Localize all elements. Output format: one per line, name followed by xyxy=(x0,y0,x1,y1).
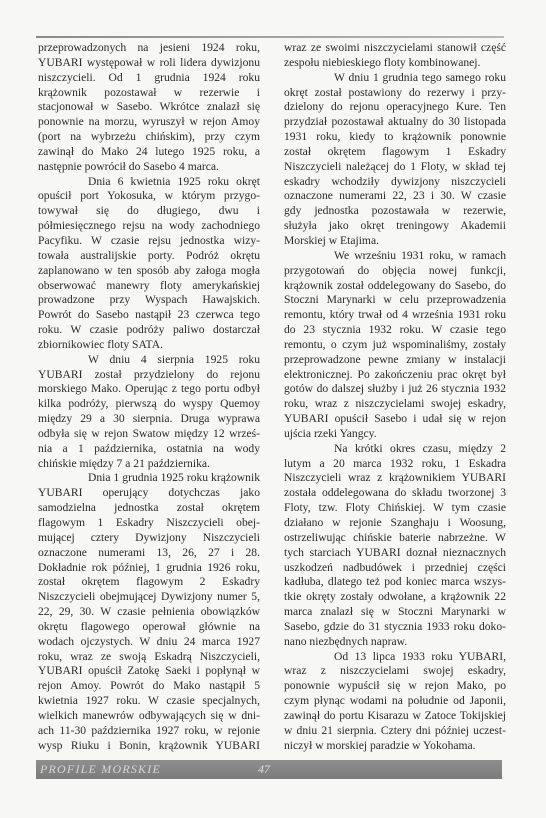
text-line: ponownie wypuścił się w rejon Mako, po xyxy=(284,679,506,694)
text-line: lutym a 20 marca 1932 roku, 1 Eskadra xyxy=(284,457,506,472)
text-line: (port na wybrzeżu chińskim), przy czym xyxy=(38,130,260,145)
text-line: marca znalazł się w Stoczni Marynarki w xyxy=(284,605,506,620)
text-line: krążownik został oddelegowany do Sasebo,… xyxy=(284,279,506,294)
magazine-title: PROFILE MORSKIE xyxy=(40,762,161,777)
text-line: YUBARI opuścił Zatokę Saeki i popłynął w xyxy=(38,664,260,679)
text-line: kadłuba, dlatego też pod koniec marca ws… xyxy=(284,575,506,590)
page-number: 47 xyxy=(258,762,270,777)
text-line: eskadry wchodziły dywizjony niszczycieli xyxy=(284,175,506,190)
text-line: został okrętem flagowym 2 Eskadry xyxy=(38,575,260,590)
text-line: ostrzeliwując chińskie baterie nabrzeżne… xyxy=(284,531,506,546)
text-line: została oddelegowana do składu tworzonej… xyxy=(284,486,506,501)
text-line: okręt został postawiony do rezerwy i prz… xyxy=(284,86,506,101)
text-line: Niszczycieli obejmującej Dywizjony numer… xyxy=(38,590,260,605)
text-line: roku. W czasie podróży paliwo dostarczał xyxy=(38,323,260,338)
text-line: Pacyfiku. W czasie rejsu jednostka wizy- xyxy=(38,234,260,249)
text-line: przygotowań do objęcia nowej funkcji, xyxy=(284,264,506,279)
text-line: obserwować manewry floty amerykańskiej xyxy=(38,279,260,294)
text-line: oznaczone numerami 22, 23 i 30. W czasie xyxy=(284,189,506,204)
text-line: prowadzone przy Wyspach Hawajskich. xyxy=(38,293,260,308)
text-line: niczył w morskiej paradzie w Yokohama. xyxy=(284,739,506,754)
text-line: towywał się do długiego, dwu i xyxy=(38,204,260,219)
text-line: wodach ojczystych. W dniu 24 marca 1927 xyxy=(38,635,260,650)
text-line: między 29 a 30 sierpnia. Druga wyprawa xyxy=(38,412,260,427)
text-line: Niszczycieli wraz z krążownikiem YUBARI xyxy=(284,471,506,486)
text-line: przeprowadzonych na jesieni 1924 roku, xyxy=(38,41,260,56)
text-line: elektronicznej. Po zakończeniu prac okrę… xyxy=(284,368,506,383)
text-line: flagowym 1 Eskadry Niszczycieli obej- xyxy=(38,516,260,531)
text-line: YUBARI występował w roli lidera dywizjon… xyxy=(38,56,260,71)
text-line: służyła jako okręt treningowy Akademii xyxy=(284,219,506,234)
text-line: remontu, o czym już wspominaliśmy, zosta… xyxy=(284,338,506,353)
text-line: został okrętem flagowym 1 Eskadry xyxy=(284,145,506,160)
text-line: czym płynąc wodami na południe od Japoni… xyxy=(284,694,506,709)
text-line: ach 11-30 października 1927 roku, w rejo… xyxy=(38,724,260,739)
text-line: uszkodzeń nadbudówek i przedniej części xyxy=(284,561,506,576)
text-line: przydział pozostawał aktualny do 30 list… xyxy=(284,115,506,130)
text-line: ujścia rzeki Yangcy. xyxy=(284,427,506,442)
text-line: wraz ze swoimi niszczycielami stanowił c… xyxy=(284,41,506,56)
text-line: Floty, tzw. Floty Chińskiej. W tym czasi… xyxy=(284,501,506,516)
text-line: mującej cztery Dywizjony Niszczycieli xyxy=(38,531,260,546)
text-line: Od 13 lipca 1933 roku YUBARI, xyxy=(284,650,506,665)
text-line: remontu, który trwał od 4 września 1931 … xyxy=(284,308,506,323)
text-line: Dnia 1 grudnia 1925 roku krążownik xyxy=(38,471,260,486)
text-line: zespołu niebieskiego floty kombinowanej. xyxy=(284,56,506,71)
text-line: działano w rejonie Szanghaju i Woosung, xyxy=(284,516,506,531)
text-line: YUBARI operujący dotychczas jako xyxy=(38,486,260,501)
text-line: Dokładnie rok później, 1 grudnia 1926 ro… xyxy=(38,561,260,576)
text-line: Powrót do Sasebo nastąpił 23 czerwca teg… xyxy=(38,308,260,323)
text-line: półmiesięcznego rejsu na wody zachodnieg… xyxy=(38,219,260,234)
text-line: krążownik pozostawał w rezerwie i xyxy=(38,86,260,101)
text-line: samodzielna jednostka został okrętem xyxy=(38,501,260,516)
text-line: zaplanowano w ten sposób aby załoga mogł… xyxy=(38,264,260,279)
text-line: nia a 1 października, ostatnia na wody xyxy=(38,442,260,457)
magazine-page: przeprowadzonych na jesieni 1924 roku,YU… xyxy=(0,0,546,818)
text-line: roku, wraz z niszczycielami swojej eskad… xyxy=(284,397,506,412)
footer-bar: PROFILE MORSKIE 47 xyxy=(36,760,502,779)
text-line: Dnia 6 kwietnia 1925 roku okręt xyxy=(38,175,260,190)
text-line: We wrześniu 1931 roku, w ramach xyxy=(284,249,506,264)
text-line: zawinął do Mako 24 lutego 1925 roku, a xyxy=(38,145,260,160)
text-line: 22, 29, 30. W czasie pełnienia obowiązkó… xyxy=(38,605,260,620)
text-line: tkie okręty zostały odwołane, a krążowni… xyxy=(284,590,506,605)
text-line: W dniu 4 sierpnia 1925 roku xyxy=(38,353,260,368)
text-line: gdy jednostka pozostawała w rezerwie, xyxy=(284,204,506,219)
text-line: przeprowadzone pewne zmiany w instalacji xyxy=(284,353,506,368)
text-line: chińskie między 7 a 21 października. xyxy=(38,457,260,472)
text-line: wysp Riuku i Bonin, krążownik YUBARI xyxy=(38,739,260,754)
text-line: w dniu 21 sierpnia. Cztery dni później u… xyxy=(284,724,506,739)
text-line: 1931 roku, kiedy to krążownik ponownie xyxy=(284,130,506,145)
text-line: do 23 stycznia 1932 roku. W czasie tego xyxy=(284,323,506,338)
text-line: Sasebo, gdzie do 31 stycznia 1933 roku d… xyxy=(284,620,506,635)
text-line: Morskiej w Etajima. xyxy=(284,234,506,249)
text-line: W dniu 1 grudnia tego samego roku xyxy=(284,71,506,86)
text-line: ponownie na morzu, wyruszył w rejon Amoy xyxy=(38,115,260,130)
text-line: wielkich manewrów odbywających się w dni… xyxy=(38,709,260,724)
text-line: wraz z niszczycielami swojej eskadry, xyxy=(284,664,506,679)
text-line: rejon Amoy. Powrót do Mako nastąpił 5 xyxy=(38,679,260,694)
text-line: gotów do dalszej służby i już 26 styczni… xyxy=(284,382,506,397)
text-line: Niszczycieli należącej do 1 Floty, w skł… xyxy=(284,160,506,175)
text-line: zbiornikowiec floty SATA. xyxy=(38,338,260,353)
text-line: oznaczone numerami 13, 26, 27 i 28. xyxy=(38,546,260,561)
text-line: nano niezbędnych napraw. xyxy=(284,635,506,650)
text-line: stacjonował w Sasebo. Wkrótce znalazł si… xyxy=(38,100,260,115)
text-line: Stoczni Marynarki w celu przeprowadzenia xyxy=(284,293,506,308)
text-line: Na krótki okres czasu, między 2 xyxy=(284,442,506,457)
text-line: zawinął do portu Kisarazu w Zatoce Tokij… xyxy=(284,709,506,724)
text-line: kilka podróży, pierwszą do wyspy Quemoy xyxy=(38,397,260,412)
text-line: roku, wraz ze swoją Eskadrą Niszczycieli… xyxy=(38,650,260,665)
text-line: tych starciach YUBARI doznał nieznacznyc… xyxy=(284,546,506,561)
top-rule xyxy=(36,36,504,38)
text-line: morskiego Mako. Operując z tego portu od… xyxy=(38,382,260,397)
right-column: wraz ze swoimi niszczycielami stanowił c… xyxy=(284,41,506,754)
text-line: YUBARI opuścił Sasebo i udał się w rejon xyxy=(284,412,506,427)
text-line: opuścił port Yokosuka, w którym przygo- xyxy=(38,189,260,204)
text-line: kwietnia 1927 roku. W czasie specjalnych… xyxy=(38,694,260,709)
text-line: towała australijskie porty. Podróż okręt… xyxy=(38,249,260,264)
left-column: przeprowadzonych na jesieni 1924 roku,YU… xyxy=(38,41,260,754)
text-line: dzielony do rejonu operacyjnego Kure. Te… xyxy=(284,100,506,115)
text-line: odbyła się w rejon Swatow między 12 wrze… xyxy=(38,427,260,442)
text-line: następnie powrócił do Sasebo 4 marca. xyxy=(38,160,260,175)
text-line: okrętu flagowego operował głównie na xyxy=(38,620,260,635)
text-line: YUBARI został przydzielony do rejonu xyxy=(38,368,260,383)
text-line: niszczycieli. Od 1 grudnia 1924 roku xyxy=(38,71,260,86)
